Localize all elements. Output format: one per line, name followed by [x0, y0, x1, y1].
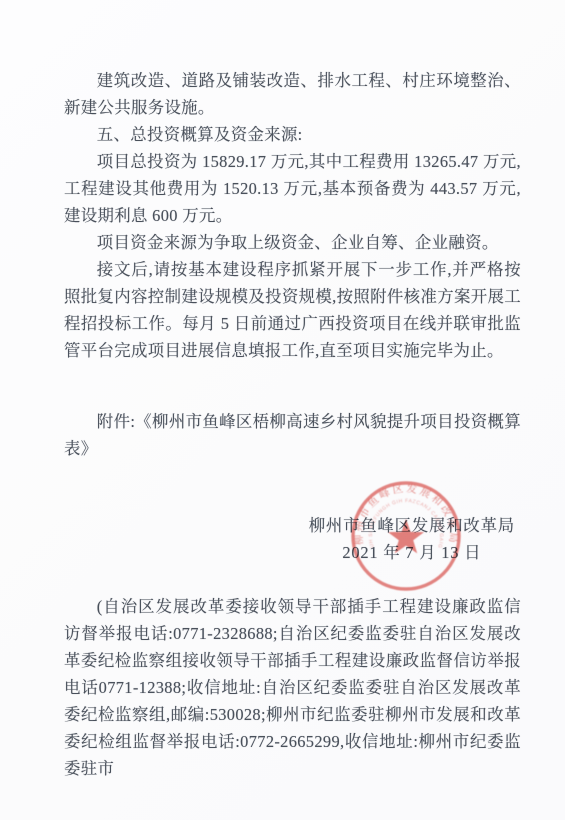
- document-body: 建筑改造、道路及铺装改造、排水工程、村庄环境整治、新建公共服务设施。 五、总投资…: [0, 0, 565, 782]
- footer-note: (自治区发展改革委接收领导干部插手工程建设廉政监信访督举报电话:0771-232…: [64, 593, 521, 782]
- paragraph-funding-source: 项目资金来源为争取上级资金、企业自筹、企业融资。: [64, 229, 521, 256]
- signature-block: 柳州市鱼峰区发展和改革局 2021 年 7 月 13 日: [64, 512, 515, 566]
- signature-date: 2021 年 7 月 13 日: [309, 539, 515, 566]
- signature-inner: 柳州市鱼峰区发展和改革局 2021 年 7 月 13 日: [309, 512, 515, 566]
- document-page: 建筑改造、道路及铺装改造、排水工程、村庄环境整治、新建公共服务设施。 五、总投资…: [0, 0, 565, 820]
- paragraph-section-heading: 五、总投资概算及资金来源:: [64, 121, 521, 148]
- paragraph-total-investment: 项目总投资为 15829.17 万元,其中工程费用 13265.47 万元,工程…: [64, 148, 521, 229]
- attachment-note: 附件:《柳州市鱼峰区梧柳高速乡村风貌提升项目投资概算表》: [64, 408, 521, 462]
- paragraph-instructions: 接文后,请按基本建设程序抓紧开展下一步工作,并严格按照批复内容控制建设规模及投资…: [64, 256, 521, 364]
- paragraph-construction-scope: 建筑改造、道路及铺装改造、排水工程、村庄环境整治、新建公共服务设施。: [64, 67, 521, 121]
- signature-agency: 柳州市鱼峰区发展和改革局: [309, 512, 515, 539]
